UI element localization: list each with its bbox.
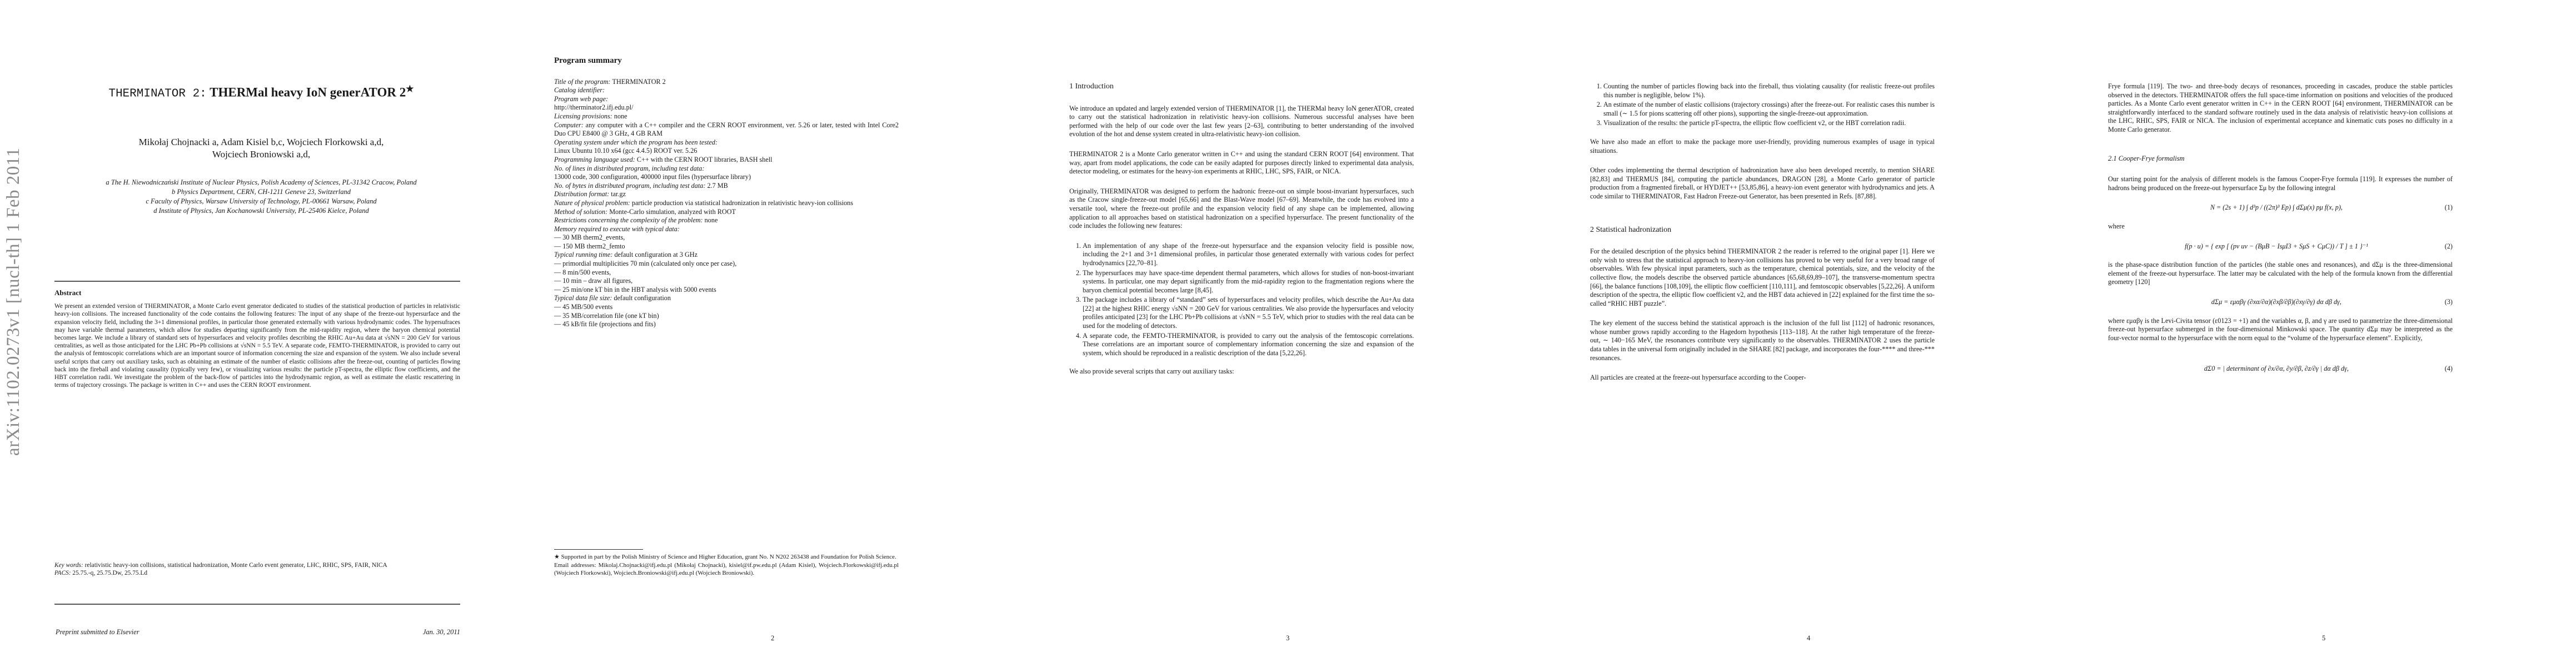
task-item: Counting the number of particles flowing… — [1603, 82, 1935, 99]
summary-line: No. of bytes in distributed program, inc… — [554, 182, 899, 191]
paragraph: is the phase-space distribution function… — [2108, 261, 2453, 287]
intro-paragraph-3: Originally, THERMINATOR was designed to … — [1069, 187, 1414, 231]
preprint-footer: Preprint submitted to Elsevier Jan. 30, … — [56, 628, 460, 636]
abstract-top-rule — [54, 281, 460, 282]
summary-line: 13000 code, 300 configuration, 400000 in… — [554, 173, 899, 182]
summary-line: Program web page: — [554, 95, 899, 104]
paragraph: Our starting point for the analysis of d… — [2108, 175, 2453, 192]
equation-1-body: N = (2s + 1) ∫ d³p / ((2π)³ Ep) ∫ dΣμ(x)… — [2108, 203, 2445, 212]
features-list: An implementation of any shape of the fr… — [1069, 242, 1414, 358]
keywords-value: relativistic heavy-ion collisions, stati… — [85, 562, 387, 569]
page-4-column: Counting the number of particles flowing… — [1590, 82, 1935, 394]
summary-value: default configuration at 3 GHz — [614, 251, 697, 258]
summary-label: Distribution format: — [554, 190, 611, 198]
abstract-bottom-rule — [54, 604, 460, 605]
affiliations: a The H. Niewodniczański Institute of Nu… — [83, 178, 439, 216]
page-2: Program summary Title of the program: TH… — [515, 0, 1030, 667]
summary-line: — 25 min/one kT bin in the HBT analysis … — [554, 286, 899, 295]
intro-closing: We also provide several scripts that car… — [1069, 367, 1414, 376]
affiliation-c: c Faculty of Physics, Warsaw University … — [83, 197, 439, 206]
summary-value: 2.7 MB — [707, 182, 728, 190]
summary-label: Typical data file size: — [554, 294, 614, 302]
auxiliary-tasks-list: Counting the number of particles flowing… — [1590, 82, 1935, 128]
paragraph: All particles are created at the freeze-… — [1590, 374, 1935, 382]
summary-value: — primordial multiplicities 70 min (calc… — [554, 260, 736, 267]
equation-1-number: (1) — [2445, 203, 2453, 212]
summary-label: Restrictions concerning the complexity o… — [554, 216, 705, 224]
summary-line: — 30 MB therm2_events, — [554, 233, 899, 242]
program-summary-list: Title of the program: THERMINATOR 2Catal… — [554, 78, 899, 329]
affiliation-b: b Physics Department, CERN, CH-1211 Gene… — [83, 187, 439, 197]
summary-line: — 35 MB/correlation file (one kT bin) — [554, 312, 899, 321]
arxiv-stamp: arXiv:1102.0273v1 [nucl-th] 1 Feb 2011 — [3, 147, 24, 456]
summary-line: Catalog identifier: — [554, 86, 899, 95]
pacs-value: 25.75.-q, 25.75.Dw, 25.75.Ld — [72, 570, 147, 576]
feature-item: The hypersurfaces may have space-time de… — [1083, 269, 1414, 295]
summary-label: Typical running time: — [554, 251, 614, 258]
title-footnote-marker: ★ — [406, 84, 413, 94]
paragraph: Frye formula [119]. The two- and three-b… — [2108, 82, 2453, 135]
email-footnote: Email addresses: Mikolaj.Chojnacki@ifj.e… — [554, 561, 899, 578]
summary-value: Linux Ubuntu 10.10 x64 (gcc 4.4.5) ROOT … — [554, 147, 697, 155]
summary-label: No. of bytes in distributed program, inc… — [554, 182, 707, 190]
summary-line: Licensing provisions: none — [554, 112, 899, 121]
intro-paragraph-1: We introduce an updated and largely exte… — [1069, 104, 1414, 139]
summary-line: — 45 MB/500 events — [554, 303, 899, 312]
title-prefix: THERMINATOR 2: — [108, 88, 206, 101]
summary-value: — 10 min – draw all figures, — [554, 277, 632, 285]
authors: Mikołaj Chojnacki a, Adam Kisiel b,c, Wo… — [33, 136, 489, 161]
feature-item: An implementation of any shape of the fr… — [1083, 242, 1414, 268]
equation-4-number: (4) — [2445, 365, 2453, 374]
summary-label: Programming language used: — [554, 156, 637, 163]
subsection-heading-cooper-frye: 2.1 Cooper-Frye formalism — [2108, 155, 2453, 163]
summary-value: — 25 min/one kT bin in the HBT analysis … — [554, 286, 716, 293]
title-rest: THERMal heavy IoN generATOR 2 — [207, 86, 406, 99]
summary-value: — 150 MB therm2_femto — [554, 242, 625, 250]
summary-label: Catalog identifier: — [554, 86, 605, 94]
summary-line: Distribution format: tar.gz — [554, 190, 899, 199]
paragraph: Other codes implementing the thermal des… — [1590, 166, 1935, 201]
program-summary: Program summary Title of the program: TH… — [554, 57, 899, 329]
summary-value: — 45 kB/fit file (projections and fits) — [554, 320, 656, 328]
summary-label: No. of lines in distributed program, inc… — [554, 165, 704, 172]
page-4: Counting the number of particles flowing… — [1546, 0, 2061, 667]
footnote-rule — [554, 549, 643, 550]
keywords-block: Key words: relativistic heavy-ion collis… — [54, 561, 460, 577]
preprint-journal: Preprint submitted to Elsevier — [56, 628, 139, 636]
section-heading-introduction: 1 Introduction — [1069, 82, 1414, 91]
summary-value: THERMINATOR 2 — [612, 78, 666, 86]
summary-line: Computer: any computer with a C++ compil… — [554, 121, 899, 138]
summary-label: Licensing provisions: — [554, 112, 614, 120]
summary-value: none — [705, 216, 718, 224]
summary-line: Restrictions concerning the complexity o… — [554, 216, 899, 225]
summary-value: — 35 MB/correlation file (one kT bin) — [554, 312, 659, 320]
summary-value: particle production via statistical hadr… — [632, 199, 853, 207]
summary-line: — 8 min/500 events, — [554, 268, 899, 277]
equation-2: f(p · u) = { exp [ (pν uν − (BμB − IsμI3… — [2108, 242, 2453, 251]
summary-label: Memory required to execute with typical … — [554, 225, 680, 233]
summary-line: — 150 MB therm2_femto — [554, 242, 899, 251]
summary-line: Linux Ubuntu 10.10 x64 (gcc 4.4.5) ROOT … — [554, 147, 899, 156]
program-summary-heading: Program summary — [554, 57, 899, 66]
summary-label: Nature of physical problem: — [554, 199, 632, 207]
section-heading-statistical-hadronization: 2 Statistical hadronization — [1590, 226, 1935, 235]
paragraph: For the detailed description of the phys… — [1590, 247, 1935, 308]
equation-3: dΣμ = εμαβγ (∂xα/∂α)(∂xβ/∂β)(∂xγ/∂γ) dα … — [2108, 298, 2453, 307]
summary-label: Computer: — [554, 121, 586, 129]
summary-value: any computer with a C++ compiler and the… — [554, 121, 899, 138]
authors-line-2: Wojciech Broniowski a,d, — [33, 148, 489, 161]
summary-value: — 45 MB/500 events — [554, 303, 612, 311]
equation-3-number: (3) — [2445, 298, 2453, 307]
introduction-column: 1 Introduction We introduce an updated a… — [1069, 82, 1414, 387]
task-item: Visualization of the results: the partic… — [1603, 119, 1935, 128]
summary-value: tar.gz — [611, 190, 626, 198]
page-number: 5 — [2322, 634, 2325, 643]
abstract-heading: Abstract — [54, 289, 460, 297]
equation-1: N = (2s + 1) ∫ d³p / ((2π)³ Ep) ∫ dΣμ(x)… — [2108, 203, 2453, 212]
summary-line: Typical running time: default configurat… — [554, 251, 899, 260]
summary-value: http://therminator2.ifj.edu.pl/ — [554, 103, 634, 111]
authors-line-1: Mikołaj Chojnacki a, Adam Kisiel b,c, Wo… — [33, 136, 489, 148]
equation-3-body: dΣμ = εμαβγ (∂xα/∂α)(∂xβ/∂β)(∂xγ/∂γ) dα … — [2108, 298, 2445, 307]
summary-line: Nature of physical problem: particle pro… — [554, 199, 899, 208]
summary-line: Memory required to execute with typical … — [554, 225, 899, 234]
page-3: 1 Introduction We introduce an updated a… — [1030, 0, 1546, 667]
summary-line: http://therminator2.ifj.edu.pl/ — [554, 103, 899, 112]
summary-value: none — [614, 112, 627, 120]
paper-title: THERMINATOR 2: THERMal heavy IoN generAT… — [33, 83, 489, 101]
task-item: An estimate of the number of elastic col… — [1603, 101, 1935, 118]
equation-2-body: f(p · u) = { exp [ (pν uν − (BμB − IsμI3… — [2108, 242, 2445, 251]
paragraph: We have also made an effort to make the … — [1590, 138, 1935, 155]
footnotes: ★ Supported in part by the Polish Minist… — [554, 549, 899, 578]
keywords-label: Key words: — [54, 562, 83, 569]
summary-line: Method of solution: Monte-Carlo simulati… — [554, 208, 899, 217]
summary-label: Program web page: — [554, 95, 608, 103]
summary-line: No. of lines in distributed program, inc… — [554, 165, 899, 173]
summary-line: Programming language used: C++ with the … — [554, 156, 899, 165]
summary-value: — 30 MB therm2_events, — [554, 233, 625, 241]
feature-item: A separate code, the FEMTO-THERMINATOR, … — [1083, 332, 1414, 358]
page-number: 3 — [1286, 634, 1289, 643]
summary-value: 13000 code, 300 configuration, 400000 in… — [554, 173, 751, 181]
abstract-text: We present an extended version of THERMI… — [54, 302, 460, 389]
summary-label: Operating system under which the program… — [554, 138, 718, 146]
summary-value: — 8 min/500 events, — [554, 268, 611, 276]
page-number: 2 — [771, 634, 774, 643]
page-5: Frye formula [119]. The two- and three-b… — [2061, 0, 2576, 667]
summary-value: Monte-Carlo simulation, analyzed with RO… — [609, 208, 736, 216]
funding-footnote: ★ Supported in part by the Polish Minist… — [554, 553, 899, 561]
abstract-block: Abstract We present an extended version … — [54, 289, 460, 389]
summary-line: Typical data file size: default configur… — [554, 294, 899, 303]
affiliation-a: a The H. Niewodniczański Institute of Nu… — [83, 178, 439, 187]
preprint-date: Jan. 30, 2011 — [423, 628, 460, 636]
equation-4: dΣ0 = | determinant of ∂x/∂α, ∂y/∂β, ∂z/… — [2108, 365, 2453, 374]
page-1: arXiv:1102.0273v1 [nucl-th] 1 Feb 2011 T… — [0, 0, 515, 667]
summary-line: Operating system under which the program… — [554, 138, 899, 147]
summary-value: default configuration — [614, 294, 671, 302]
paragraph: where εμαβγ is the Levi-Civita tensor (ε… — [2108, 317, 2453, 343]
intro-paragraph-2: THERMINATOR 2 is a Monte Carlo generator… — [1069, 150, 1414, 176]
summary-line: — 45 kB/fit file (projections and fits) — [554, 320, 899, 329]
pacs-label: PACS: — [54, 570, 71, 576]
summary-label: Title of the program: — [554, 78, 612, 86]
where-label: where — [2108, 222, 2453, 231]
page-number: 4 — [1807, 634, 1810, 643]
summary-line: Title of the program: THERMINATOR 2 — [554, 78, 899, 87]
paragraph: The key element of the success behind th… — [1590, 319, 1935, 362]
equation-4-body: dΣ0 = | determinant of ∂x/∂α, ∂y/∂β, ∂z/… — [2108, 365, 2445, 374]
affiliation-d: d Institute of Physics, Jan Kochanowski … — [83, 206, 439, 216]
summary-value: C++ with the CERN ROOT libraries, BASH s… — [637, 156, 773, 163]
page-5-column: Frye formula [119]. The two- and three-b… — [2108, 82, 2453, 384]
summary-line: — 10 min – draw all figures, — [554, 277, 899, 286]
equation-2-number: (2) — [2445, 242, 2453, 251]
summary-label: Method of solution: — [554, 208, 609, 216]
feature-item: The package includes a library of “stand… — [1083, 296, 1414, 330]
summary-line: — primordial multiplicities 70 min (calc… — [554, 260, 899, 268]
